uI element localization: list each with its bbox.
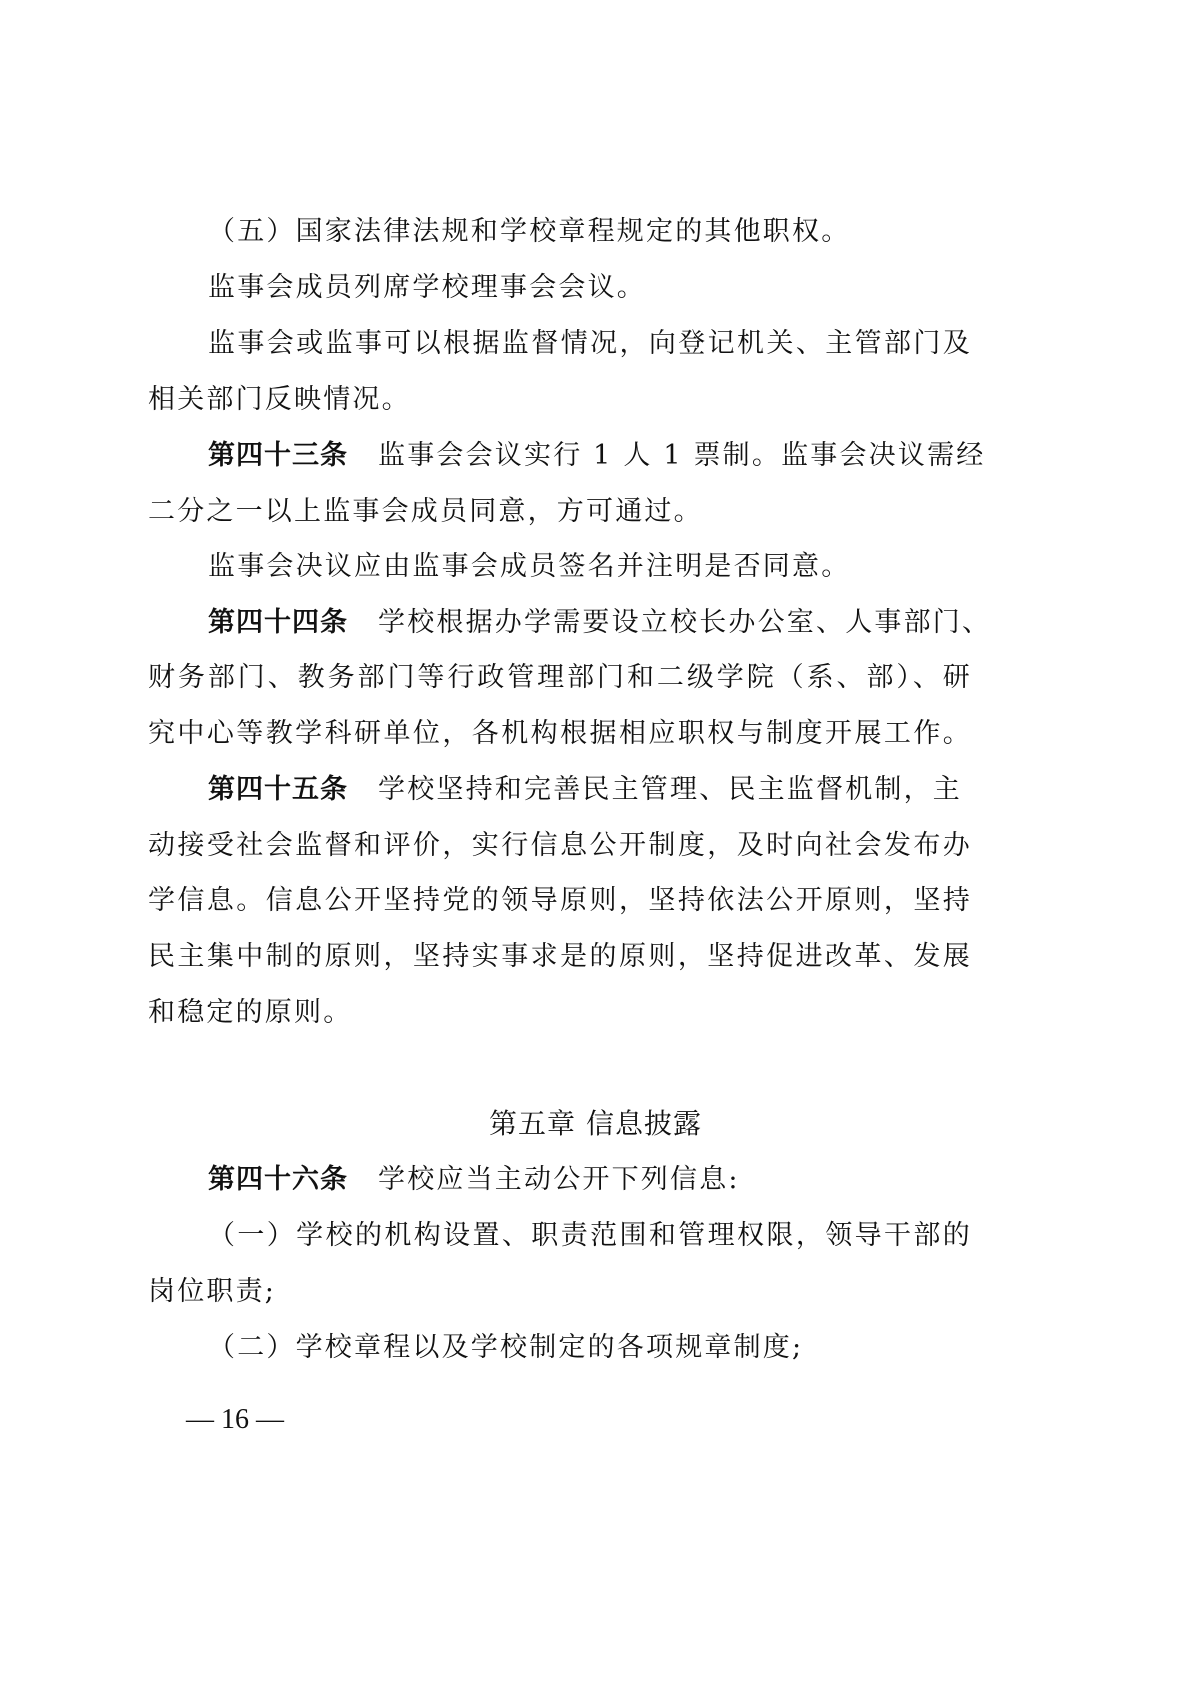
article-43-extra: 监事会决议应由监事会成员签名并注明是否同意。 — [208, 547, 972, 587]
paragraph-report-line2: 相关部门反映情况。 — [148, 380, 972, 420]
article-label: 第四十六条 — [208, 1164, 348, 1195]
paragraph-report-line1: 监事会或监事可以根据监督情况，向登记机关、主管部门及 — [208, 324, 972, 364]
article-44-line3: 究中心等教学科研单位，各机构根据相应职权与制度开展工作。 — [148, 714, 972, 754]
article-45-line4: 民主集中制的原则，坚持实事求是的原则，坚持促进改革、发展 — [148, 937, 972, 977]
article-45-line3: 学信息。信息公开坚持党的领导原则，坚持依法公开原则，坚持 — [148, 881, 972, 921]
article-46-item2: （二）学校章程以及学校制定的各项规章制度; — [208, 1328, 972, 1368]
article-46-item1-line2: 岗位职责; — [148, 1272, 972, 1312]
article-46-item1-line1: （一）学校的机构设置、职责范围和管理权限，领导干部的 — [208, 1216, 972, 1256]
article-45-line1: 第四十五条学校坚持和完善民主管理、民主监督机制，主 — [208, 770, 972, 810]
article-45-line2: 动接受社会监督和评价，实行信息公开制度，及时向社会发布办 — [148, 826, 972, 866]
article-44-line2: 财务部门、教务部门等行政管理部门和二级学院（系、部）、研 — [148, 658, 972, 698]
article-label: 第四十四条 — [208, 607, 348, 638]
article-43-line1: 第四十三条监事会会议实行 1 人 1 票制。监事会决议需经 — [208, 436, 972, 476]
article-43-line2: 二分之一以上监事会成员同意，方可通过。 — [148, 492, 972, 532]
article-46-line1: 第四十六条学校应当主动公开下列信息: — [208, 1160, 972, 1200]
article-label: 第四十五条 — [208, 774, 348, 805]
article-text: 监事会会议实行 1 人 1 票制。监事会决议需经 — [378, 440, 986, 471]
article-45-line5: 和稳定的原则。 — [148, 993, 972, 1033]
chapter-heading: 第五章 信息披露 — [0, 1104, 1191, 1144]
article-text: 学校根据办学需要设立校长办公室、人事部门、 — [378, 607, 991, 638]
paragraph-supervisors-attend: 监事会成员列席学校理事会会议。 — [208, 268, 972, 308]
article-text: 学校坚持和完善民主管理、民主监督机制，主 — [378, 774, 962, 805]
article-label: 第四十三条 — [208, 440, 348, 471]
paragraph-item-5: （五）国家法律法规和学校章程规定的其他职权。 — [208, 212, 972, 252]
article-44-line1: 第四十四条学校根据办学需要设立校长办公室、人事部门、 — [208, 603, 972, 643]
article-text: 学校应当主动公开下列信息: — [378, 1164, 740, 1195]
page-number: — 16 — — [186, 1400, 284, 1440]
document-page: （五）国家法律法规和学校章程规定的其他职权。 监事会成员列席学校理事会会议。 监… — [0, 0, 1191, 1684]
